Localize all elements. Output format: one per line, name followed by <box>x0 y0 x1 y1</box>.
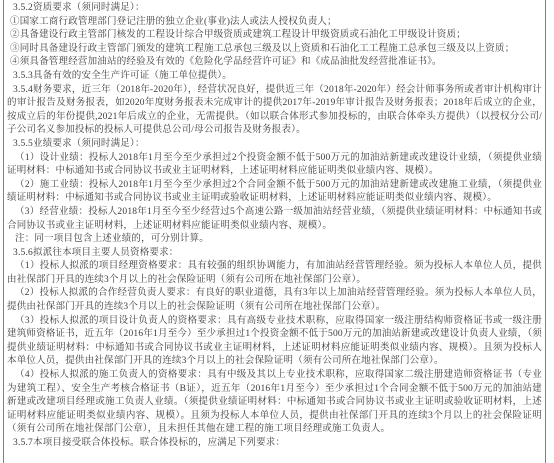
req-personnel-construction-leader: （4）投标人拟派的施工负责人的资格要求：具有中级及其以上专业技术职称，应取得国家… <box>7 369 542 437</box>
document-table-cell: 3.5.2资质要求（须同时满足）： ①国家工商行政管理部门登记注册的独立企业(事… <box>3 0 546 463</box>
section-3-5-7-consortium: 3.5.7本项目接受联合体投标。联合体投标的，应满足下列要求： <box>7 437 542 451</box>
req-performance-operation: （3）经营业绩：投标人2018年1月至今至少经营过5个高速公路一级加油站经营业绩… <box>7 206 542 233</box>
req-qualification-item-1: ①国家工商行政管理部门登记注册的独立企业(事业)法人或法人授权负责人； <box>7 16 542 30</box>
req-personnel-design-leader: （3）投标人拟派的项目设计负责人的资格要求：具有高级专业技术职称，应取得国家一级… <box>7 315 542 369</box>
section-3-5-2-heading: 3.5.2资质要求（须同时满足）： <box>7 2 542 16</box>
section-3-5-3-safety-license: 3.5.3具备有效的安全生产许可证（施工单位提供）。 <box>7 70 542 84</box>
req-personnel-project-manager: （1）投标人拟派的项目经理资格要求：具有较强的组织协调能力，有加油站经营管理经验… <box>7 260 542 287</box>
req-qualification-item-3: ③同时具备建设行政主管部门颁发的建筑工程施工总承包三级及以上资质和石油化工工程施… <box>7 43 542 57</box>
section-3-5-6-heading: 3.5.6拟派往本项目主要人员资格要求： <box>7 247 542 261</box>
section-3-5-4-financial-req: 3.5.4财务要求，近三年（2018年-2020年），经营状况良好，提供近三年（… <box>7 84 542 138</box>
section-3-5-5-heading: 3.5.5业绩要求（须同时满足）： <box>7 138 542 152</box>
req-personnel-operation-leader: （2）投标人拟派的合作经营负责人要求：有良好的职业道德，具有3年以上加油站经营管… <box>7 287 542 314</box>
req-qualification-item-2: ②具备建设行政主管部门核发的工程设计综合甲级资质或建筑工程设计甲级资质或石油化工… <box>7 29 542 43</box>
req-performance-design: （1）设计业绩：投标人2018年1月至今至少承担过2个投资金额不低于500万元的… <box>7 152 542 179</box>
req-performance-construction: （2）施工业绩：投标人2018年1月至今至少承担过2个合同金额不低于500万元的… <box>7 179 542 206</box>
performance-note: 注：同一项目包含上述业绩的，可分别计算。 <box>7 233 542 247</box>
req-qualification-item-4: ④须具备管理经营加油站的经验及有效的《危险化学品经营许可证》和《成品油批发经营批… <box>7 56 542 70</box>
